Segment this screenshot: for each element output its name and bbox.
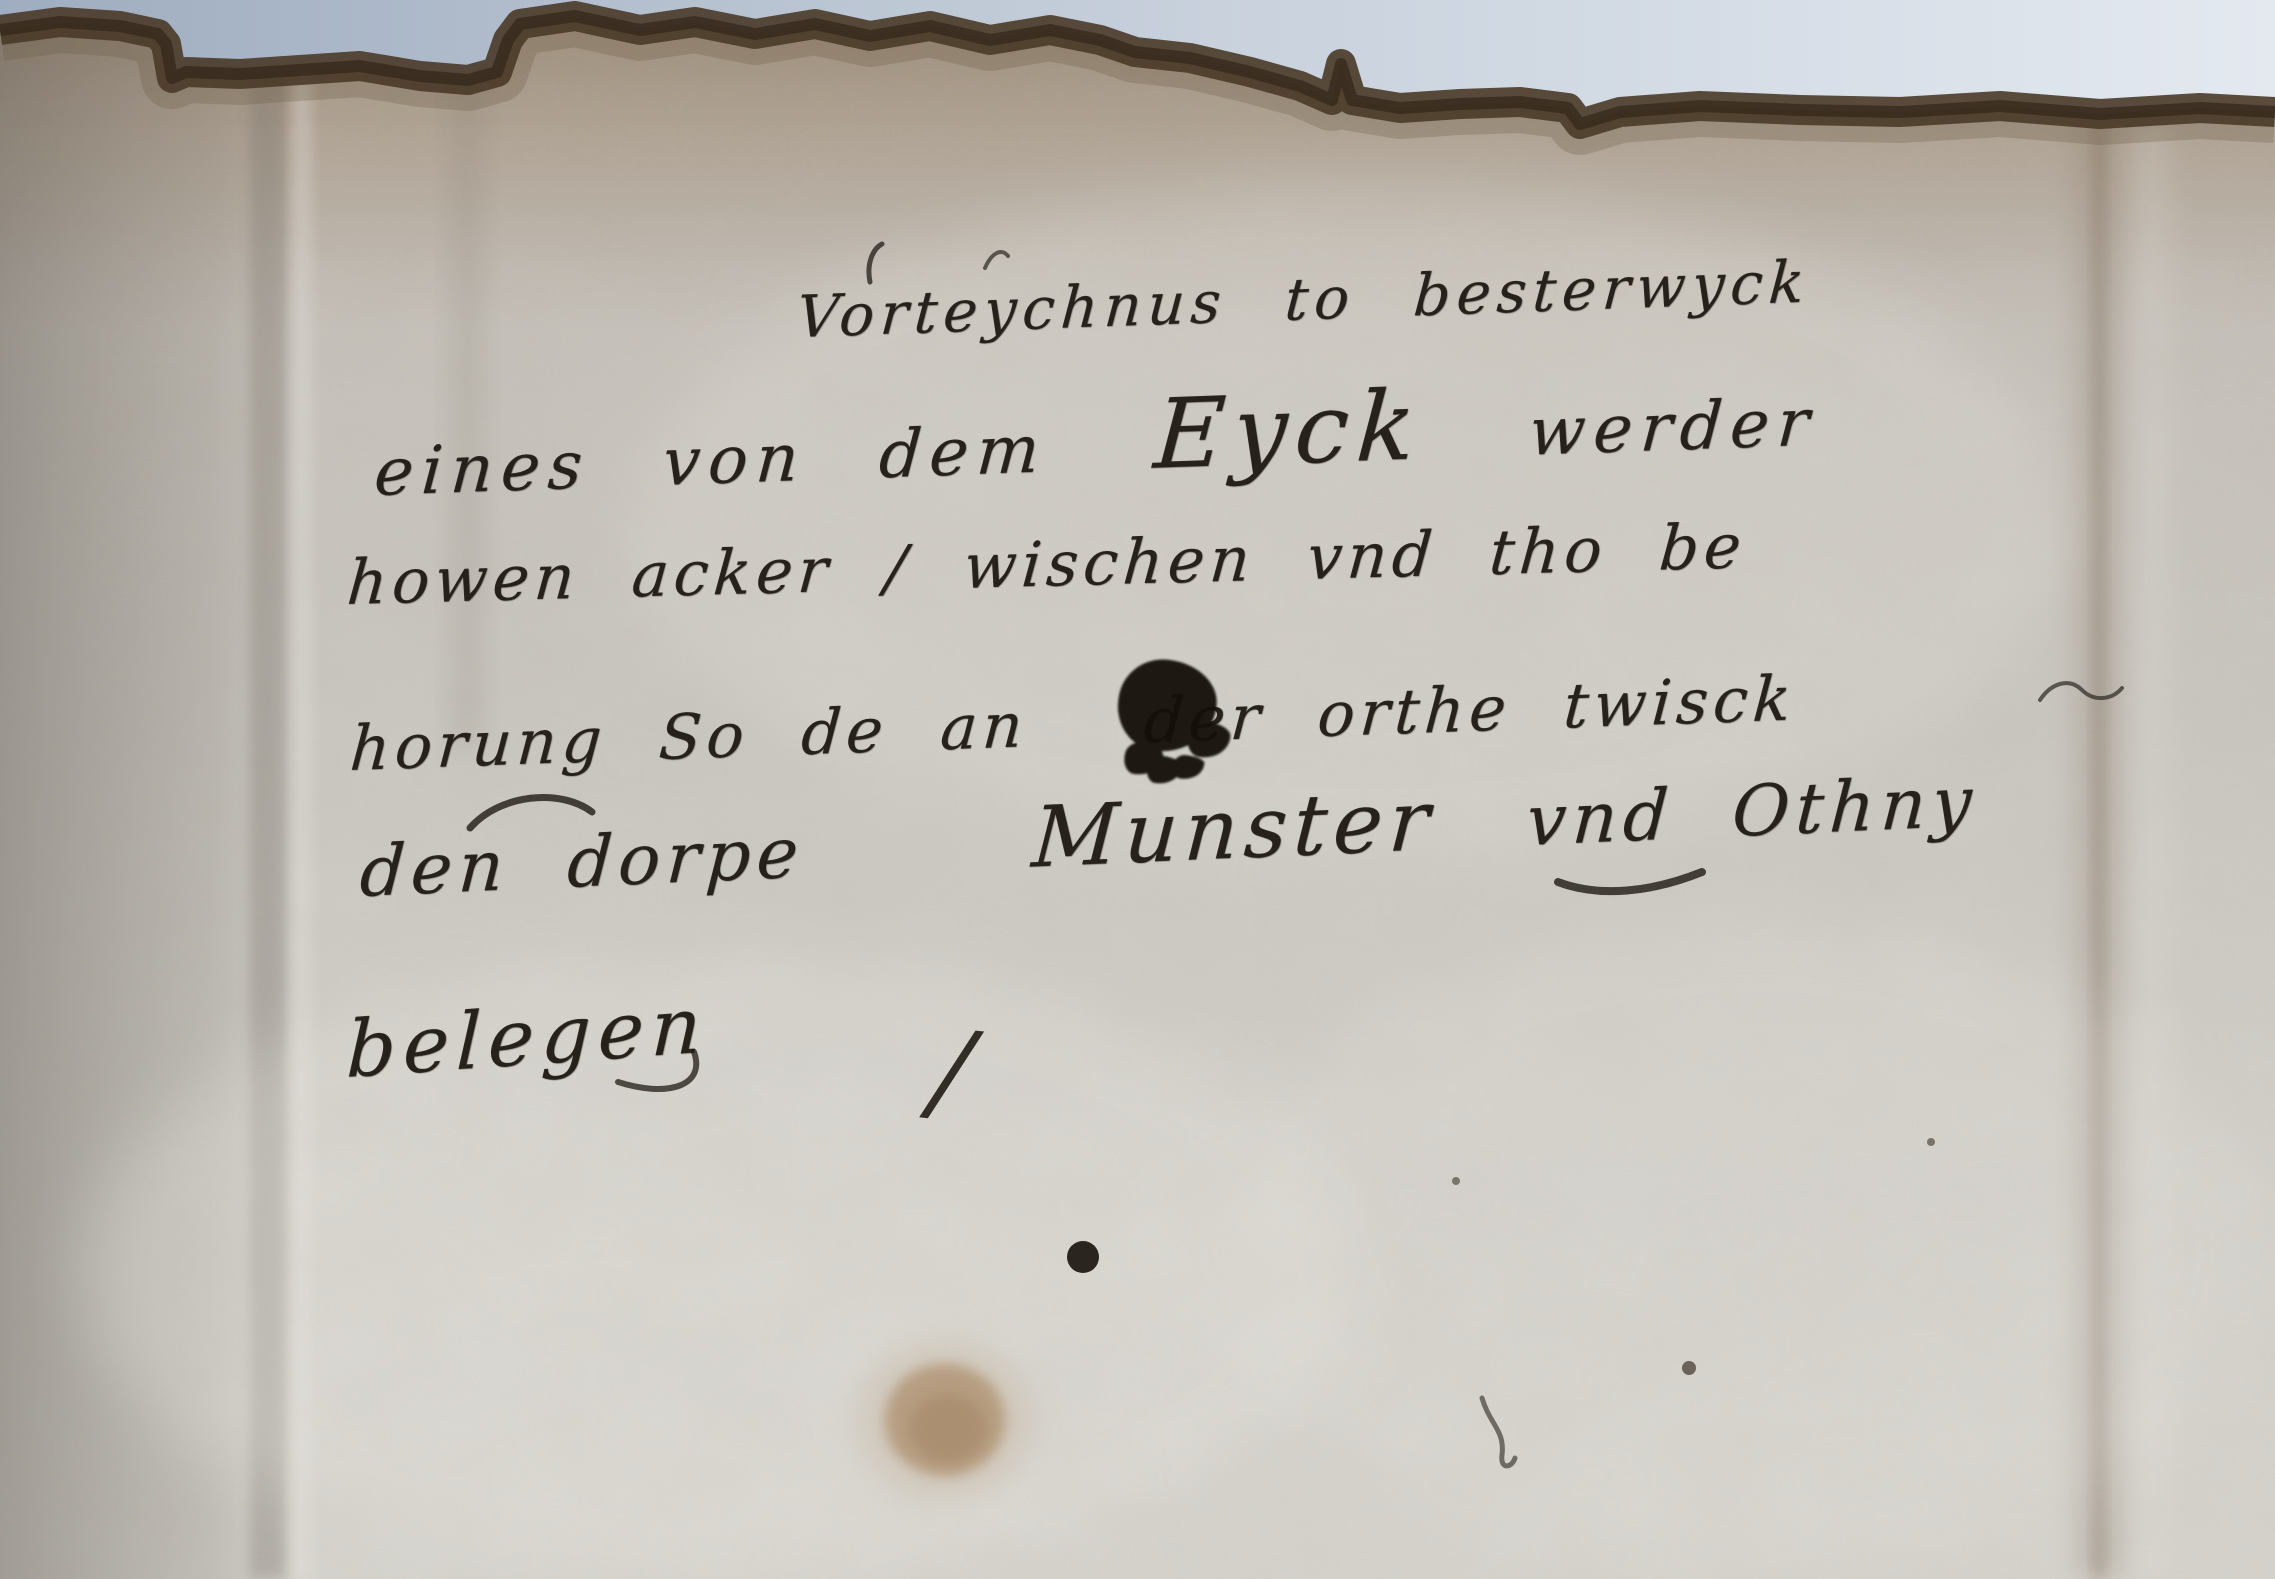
line2-word-eyck: Eyck [1151, 369, 1427, 491]
small-speck [1682, 1361, 1696, 1375]
line2-part3: werder [1526, 383, 1819, 470]
tiny-speck-2 [1927, 1138, 1935, 1146]
ink-dot [1067, 1241, 1099, 1273]
line5-word-munster: Munster [1029, 771, 1438, 887]
tiny-speck-1 [1452, 1177, 1460, 1185]
water-stain-core [910, 1394, 986, 1462]
photograph: Vorteychnus to besterwyck eines von dem … [0, 0, 2275, 1579]
